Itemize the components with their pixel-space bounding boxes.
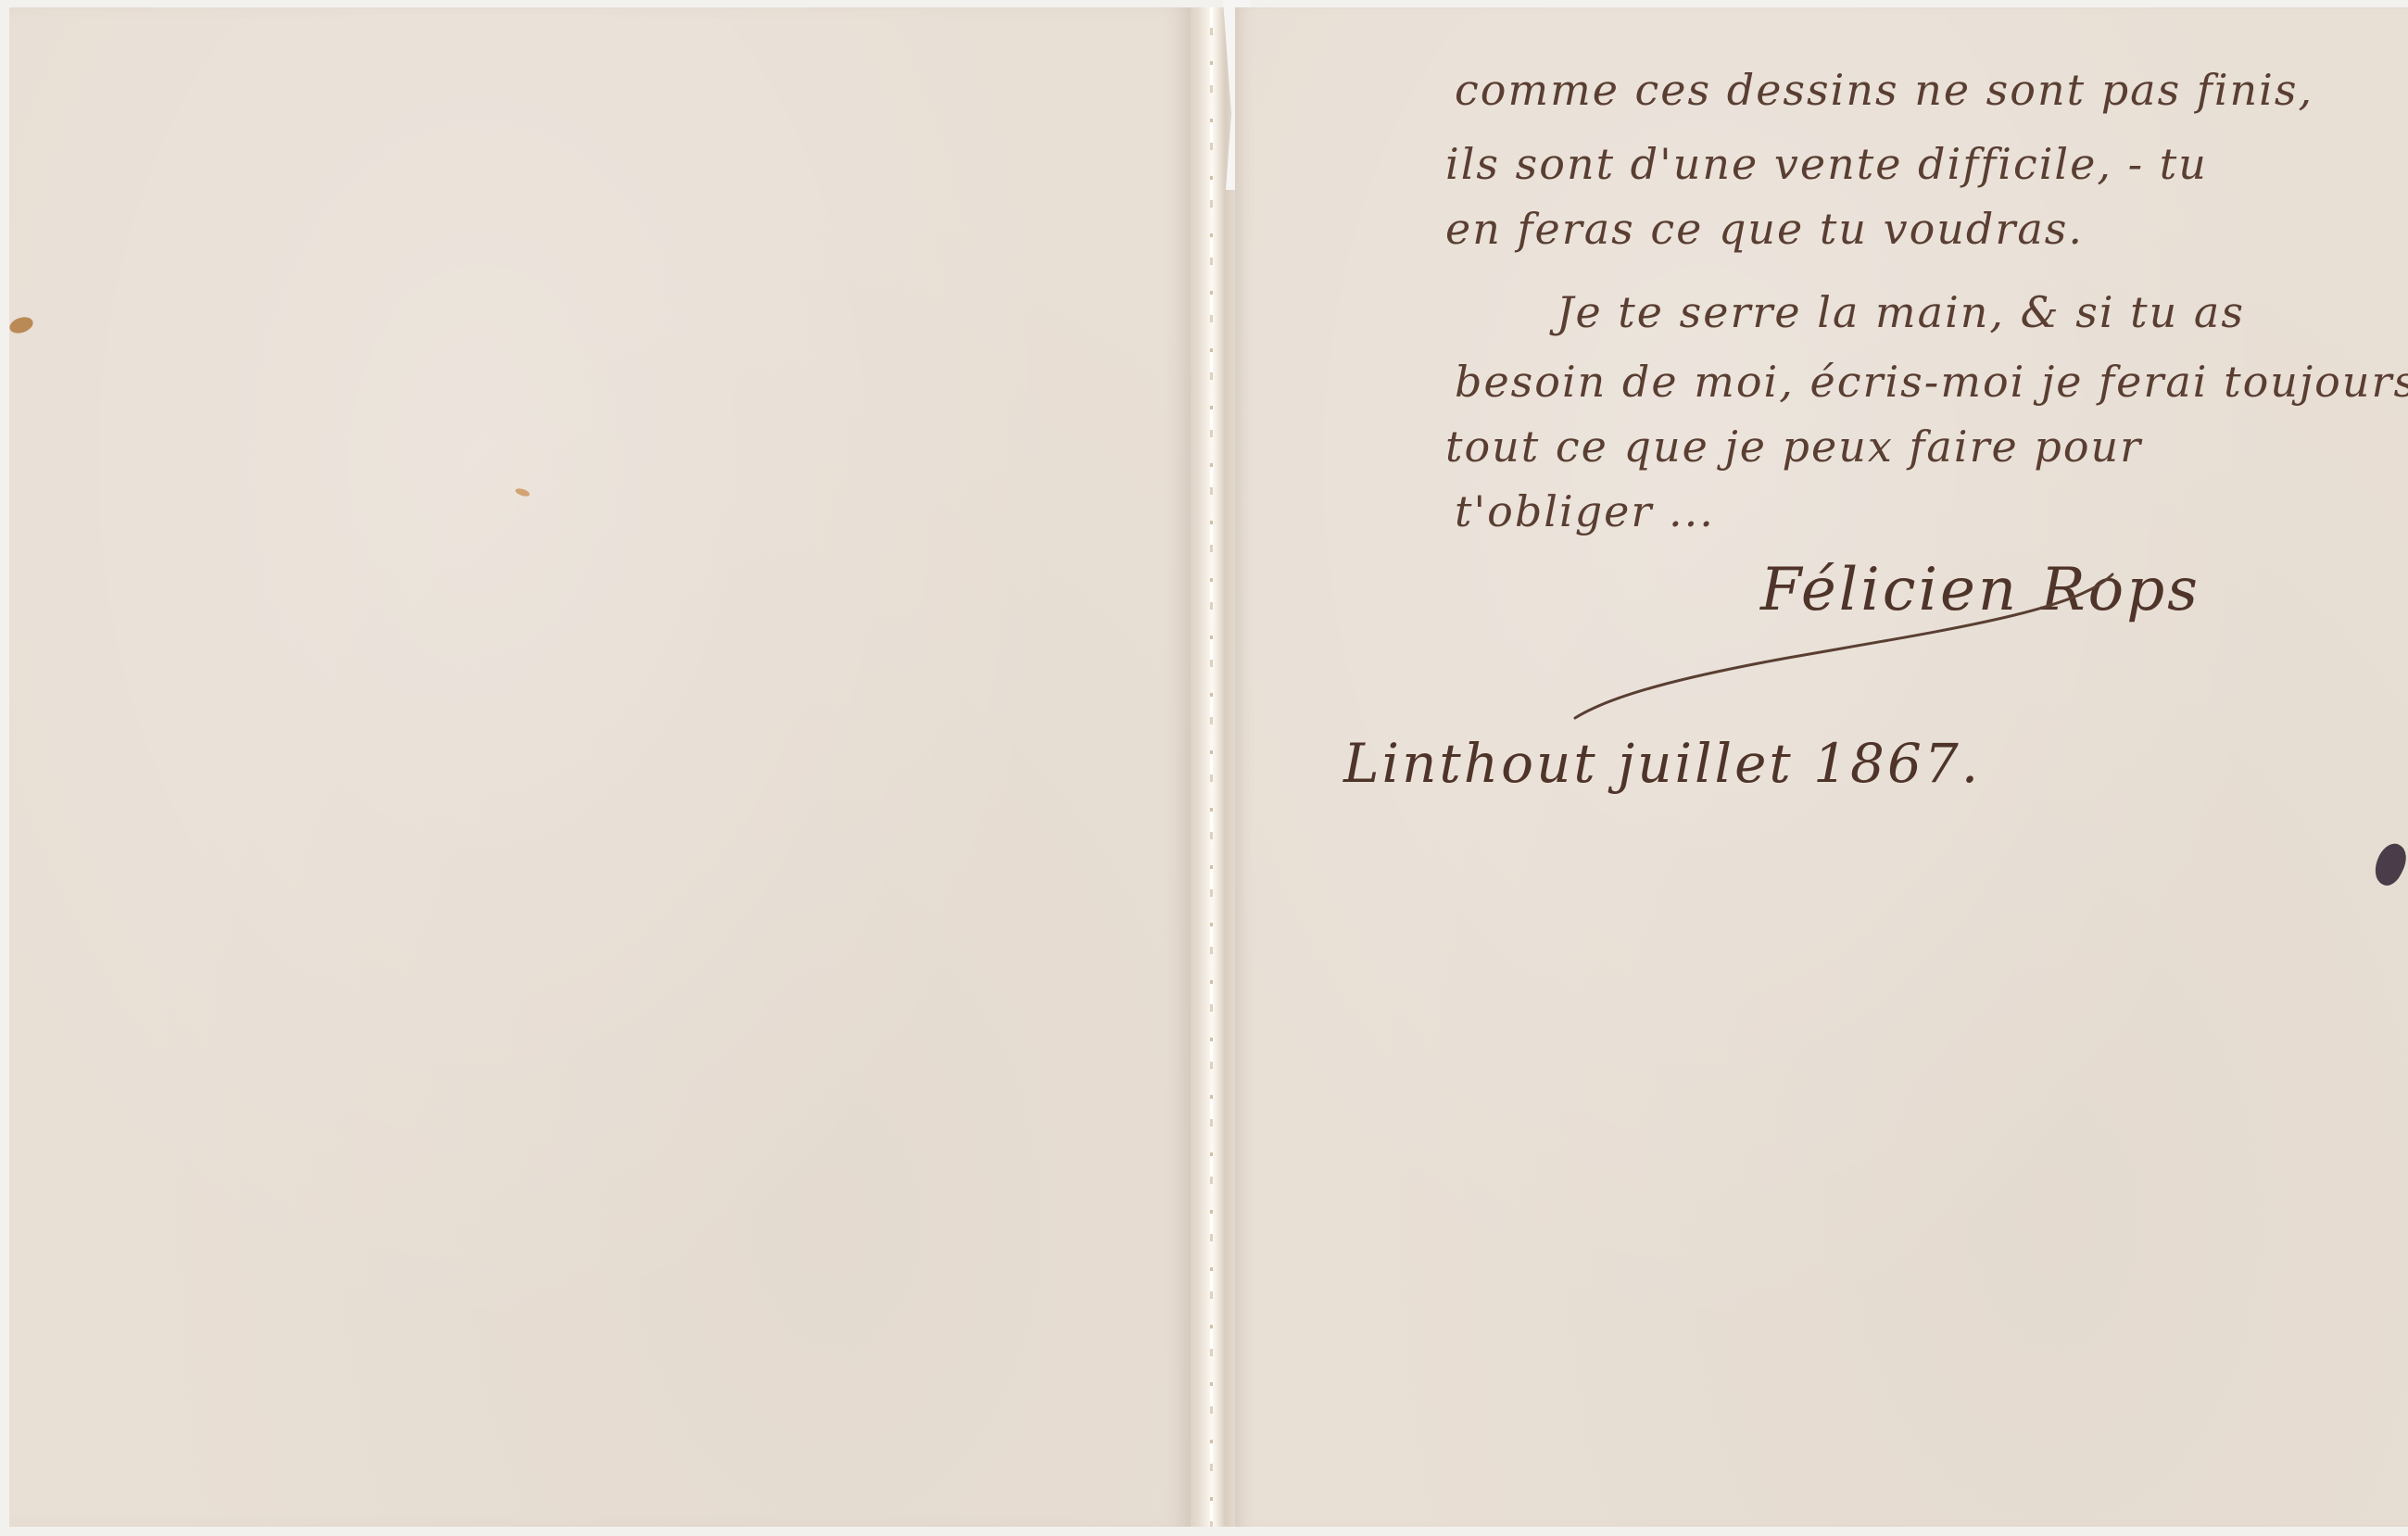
scanned-letter: comme ces dessins ne sont pas finis, ils… (0, 0, 2408, 1536)
place-and-date: Linthout juillet 1867. (1343, 732, 1981, 795)
letter-line: tout ce que je peux faire pour (1445, 422, 2142, 472)
letter-line: en feras ce que tu voudras. (1445, 204, 2084, 254)
signature-flourish-icon (1557, 556, 2131, 723)
letter-line: Je te serre la main, & si tu as (1557, 287, 2245, 337)
letter-line: t'obliger ... (1455, 486, 1715, 536)
center-fold-gutter (1191, 7, 1235, 1527)
letter-line: ils sont d'une vente difficile, - tu (1445, 139, 2208, 189)
left-page-blank (9, 7, 1191, 1527)
letter-line: comme ces dessins ne sont pas finis, (1455, 65, 2313, 115)
torn-fold-edge (1210, 7, 1213, 1527)
letter-line: besoin de moi, écris-moi je ferai toujou… (1455, 357, 2408, 407)
